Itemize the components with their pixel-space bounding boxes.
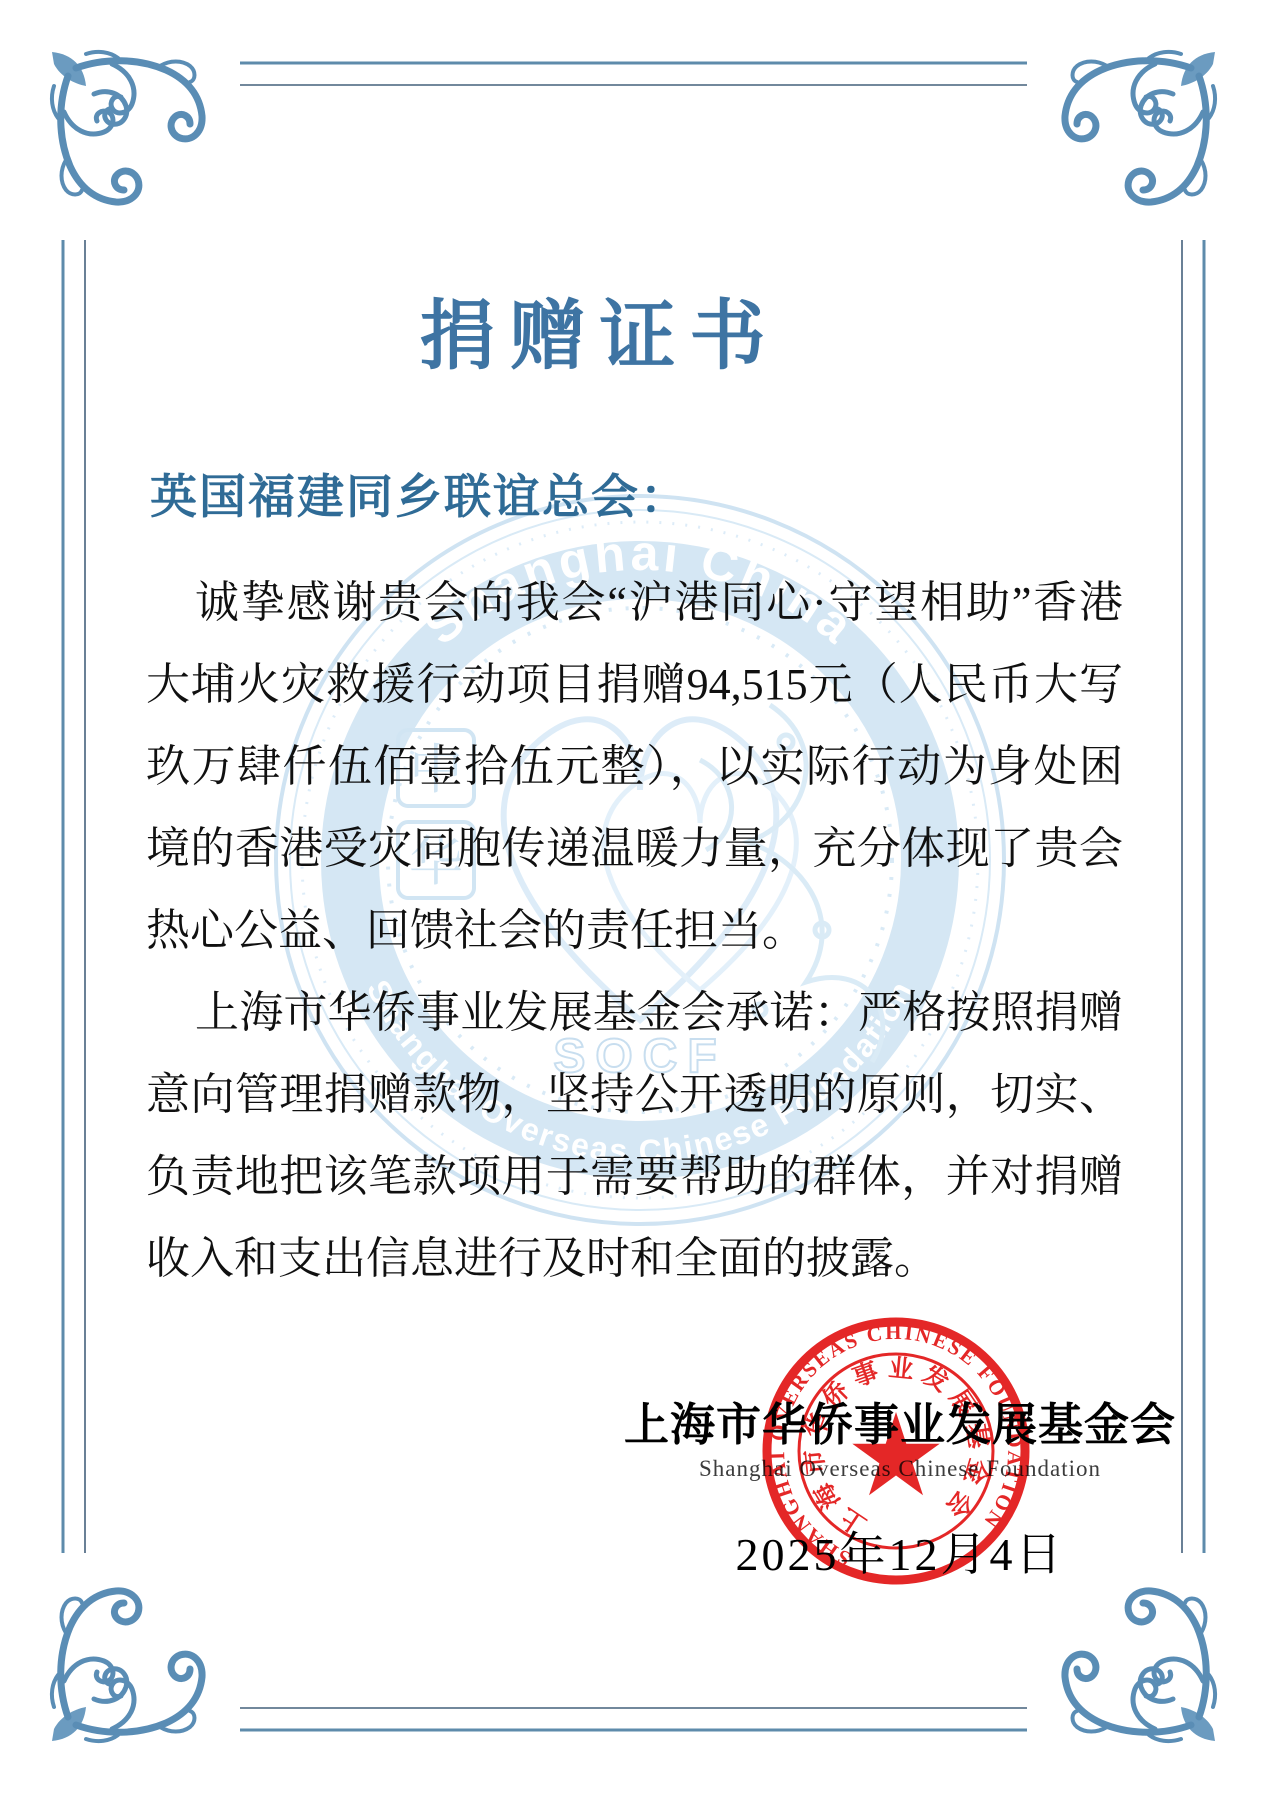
- signature-block: 上海市华侨事业发展基金会 Shanghai Overseas Chinese F…: [600, 1388, 1200, 1584]
- body-paragraph-2: 上海市华侨事业发展基金会承诺：严格按照捐赠意向管理捐赠款物，坚持公开透明的原则，…: [146, 972, 1123, 1300]
- body-paragraph-1: 诚挚感谢贵会向我会“沪港同心·守望相助”香港大埔火灾救援行动项目捐赠94,515…: [146, 562, 1123, 972]
- organization-name-cn: 上海市华侨事业发展基金会: [600, 1388, 1200, 1453]
- corner-flourish-bottomleft-icon: [52, 1591, 202, 1741]
- organization-name-en: Shanghai Overseas Chinese Foundation: [600, 1456, 1200, 1482]
- corner-flourish-topleft-icon: [52, 52, 202, 202]
- recipient-name: 英国福建同乡联谊总会：: [150, 460, 689, 527]
- certificate-page: Shanghai China Shanghai Overseas Chinese…: [0, 0, 1267, 1793]
- certificate-title: 捐赠证书: [0, 296, 1233, 378]
- certificate-date: 2025年12月4日: [600, 1518, 1200, 1584]
- corner-flourish-bottomright-icon: [1065, 1591, 1215, 1741]
- corner-flourish-topright-icon: [1065, 52, 1215, 202]
- certificate-body: 诚挚感谢贵会向我会“沪港同心·守望相助”香港大埔火灾救援行动项目捐赠94,515…: [146, 562, 1123, 1300]
